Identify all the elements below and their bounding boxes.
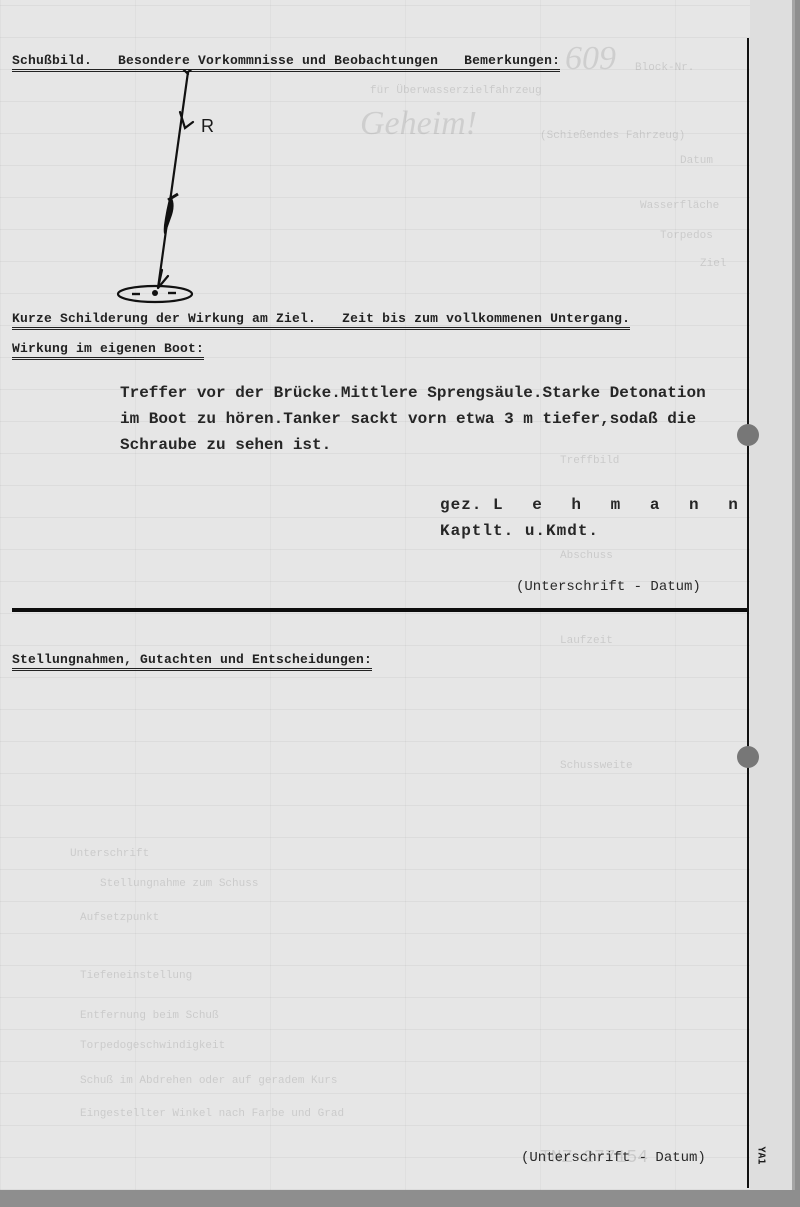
report-line-1: Treffer vor der Brücke.Mittlere Sprengsä… [120,384,706,402]
heading-opinions-text: Stellungnahmen, Gutachten und Entscheidu… [12,652,372,667]
corner-mark: YA1 [756,1146,767,1164]
heading-time-to-sinking: Zeit bis zum vollkommenen Untergang. [342,311,630,326]
document-page: 609 Geheim! Block-Nr. für Überwasserziel… [0,0,790,1190]
heading-effect-on-target: Kurze Schilderung der Wirkung am Ziel. Z… [12,311,630,330]
bleed-through-line: Treffbild [560,455,619,467]
bleed-through-line: Stellungnahme zum Schuss [100,878,258,890]
signature-line: gez. L e h m a n n [440,496,748,514]
bleed-through-line: Tiefeneinstellung [80,970,192,982]
bleed-through-line: Abschuss [560,550,613,562]
bleed-through-line: Eingestellter Winkel nach Farbe und Grad [80,1108,344,1120]
bleed-through-line: Ziel [700,258,726,270]
bleed-through-line: Datum [680,155,713,167]
heading-opinions: Stellungnahmen, Gutachten und Entscheidu… [12,652,372,671]
signature-caption-upper: (Unterschrift - Datum) [516,579,701,595]
bleed-through-number: 609 [565,40,616,78]
bleed-through-line: Unterschrift [70,848,149,860]
torpedo-track-sketch: R [100,70,250,310]
section-divider [12,608,749,612]
bleed-through-line: Torpedos [660,230,713,242]
signature-prefix: gez. [440,496,482,514]
heading-effect-own-boat-text: Wirkung im eigenen Boot: [12,341,204,356]
bleed-through-line: Schuß im Abdrehen oder auf geradem Kurs [80,1075,337,1087]
bleed-through-line: Torpedogeschwindigkeit [80,1040,225,1052]
bleed-through-stamp: Geheim! [360,105,477,143]
sketch-label-r: R [201,116,214,136]
bleed-through-line: Schussweite [560,760,633,772]
heading-schussbild: Schußbild. [12,53,92,68]
signature-name: L e h m a n n [493,496,748,514]
signature-caption-lower: (Unterschrift - Datum) [521,1150,706,1166]
bleed-through-line: (Schießendes Fahrzeug) [540,130,685,142]
heading-effect-description: Kurze Schilderung der Wirkung am Ziel. [12,311,316,326]
binding-margin [750,0,795,1190]
report-line-3: Schraube zu sehen ist. [120,436,331,454]
bleed-through-line: Wasserfläche [640,200,719,212]
margin-rule [747,38,749,1188]
bleed-through-line: Block-Nr. [635,62,694,74]
heading-occurrences: Besondere Vorkommnisse und Beobachtungen [118,53,438,68]
bleed-through-line: Entfernung beim Schuß [80,1010,219,1022]
punch-hole-lower [737,746,759,768]
heading-shot-picture: Schußbild. Besondere Vorkommnisse und Be… [12,53,560,72]
bleed-through-line: Aufsetzpunkt [80,912,159,924]
punch-hole-upper [737,424,759,446]
report-line-2: im Boot zu hören.Tanker sackt vorn etwa … [120,410,696,428]
signature-rank: Kaptlt. u.Kmdt. [440,522,599,540]
bleed-through-line: Laufzeit [560,635,613,647]
bleed-through-line: für Überwasserzielfahrzeug [370,85,542,97]
heading-effect-own-boat: Wirkung im eigenen Boot: [12,341,204,360]
heading-remarks: Bemerkungen: [464,53,560,68]
